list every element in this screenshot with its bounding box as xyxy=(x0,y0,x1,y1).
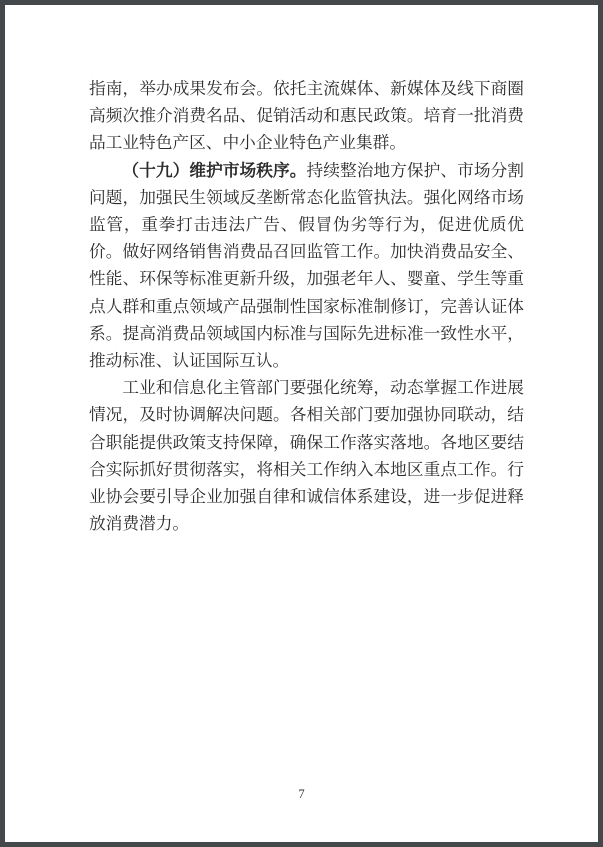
body-text: 持续整治地方保护、市场分割问题，加强民生领域反垄断常态化监管执法。强化网络市场监… xyxy=(89,161,524,370)
page-number: 7 xyxy=(5,787,598,802)
section-heading: （十九）维护市场秩序。 xyxy=(122,161,306,180)
body-text: 工业和信息化主管部门要强化统筹，动态掌握工作进展情况，及时协调解决问题。各相关部… xyxy=(89,378,524,533)
document-page: 指南，举办成果发布会。依托主流媒体、新媒体及线下商圈高频次推介消费名品、促销活动… xyxy=(0,0,603,847)
paragraph-continuation: 指南，举办成果发布会。依托主流媒体、新媒体及线下商圈高频次推介消费名品、促销活动… xyxy=(89,75,524,157)
text-body: 指南，举办成果发布会。依托主流媒体、新媒体及线下商圈高频次推介消费名品、促销活动… xyxy=(89,75,524,537)
paragraph-section-19: （十九）维护市场秩序。持续整治地方保护、市场分割问题，加强民生领域反垄断常态化监… xyxy=(89,157,524,375)
body-text: 指南，举办成果发布会。依托主流媒体、新媒体及线下商圈高频次推介消费名品、促销活动… xyxy=(89,79,524,152)
paragraph-closing: 工业和信息化主管部门要强化统筹，动态掌握工作进展情况，及时协调解决问题。各相关部… xyxy=(89,374,524,537)
